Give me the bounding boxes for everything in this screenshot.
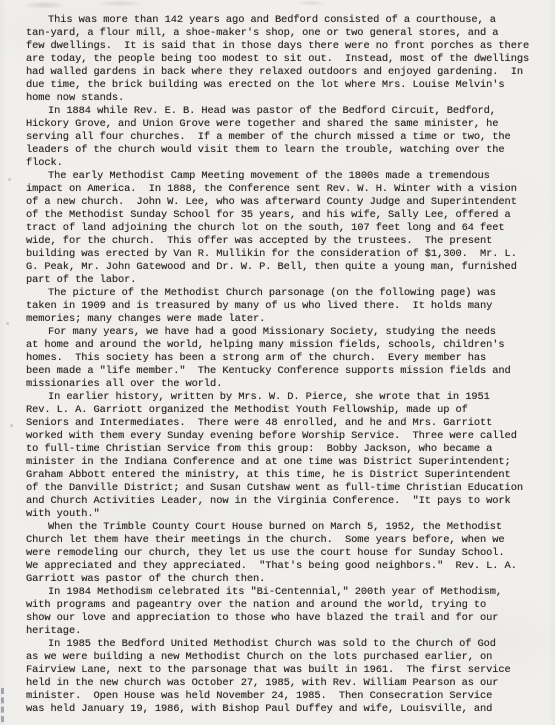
paragraph-1884-rev-head: In 1884 while Rev. E. B. Head was pastor…	[26, 105, 551, 170]
scan-smudge	[96, 0, 144, 7]
paragraph-missionary-society: For many years, we have had a good Missi…	[26, 326, 551, 391]
paragraph-camp-meeting-1888: The early Methodist Camp Meeting movemen…	[26, 170, 551, 287]
scan-speck	[6, 322, 9, 325]
page-text-block: This was more than 142 years ago and Bed…	[26, 14, 551, 725]
scan-speck	[8, 178, 11, 181]
paragraph-bicentennial-1984: In 1984 Methodism celebrated its "Bi-Cen…	[26, 586, 551, 638]
paragraph-parsonage-picture-1909: The picture of the Methodist Church pars…	[26, 287, 551, 326]
scan-smudge	[22, 1, 66, 9]
paragraph-courthouse-fire-1952: When the Trimble County Court House burn…	[26, 521, 551, 586]
paragraph-new-church-1985: In 1985 the Bedford United Methodist Chu…	[26, 638, 551, 716]
scanned-document-page: { "colors": { "paper": "#f0efec", "ink":…	[0, 0, 555, 725]
paragraph-bedford-142-years-ago: This was more than 142 years ago and Bed…	[26, 14, 551, 105]
scan-smudge	[296, 0, 326, 6]
margin-pen-mark	[1, 688, 4, 722]
scan-speck	[10, 424, 13, 427]
paragraph-youth-fellowship-1951: In earlier history, written by Mrs. W. D…	[26, 391, 551, 521]
